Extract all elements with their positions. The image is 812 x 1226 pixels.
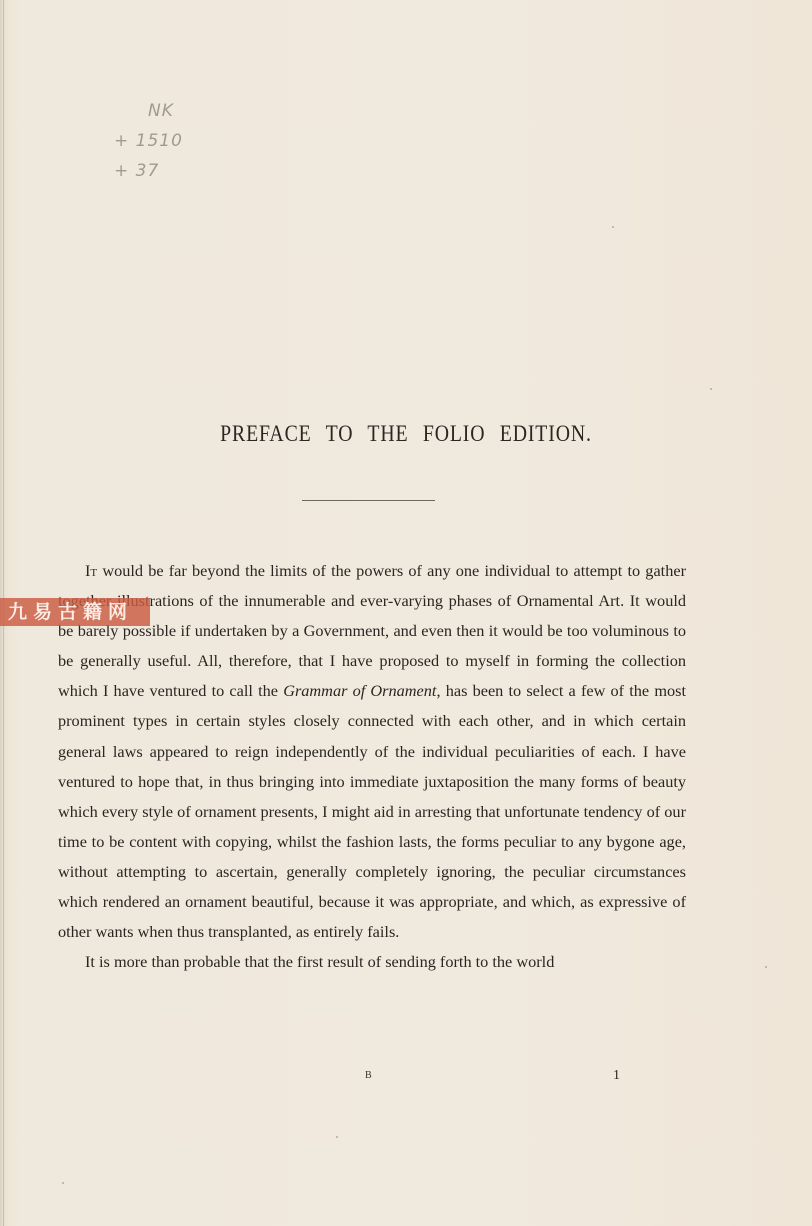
pencil-shelfmark-notes: NK + 1510 + 37 — [112, 96, 222, 186]
site-watermark-badge: 九易古籍网 — [0, 598, 150, 626]
book-title-italic: Grammar of Ornament — [283, 681, 436, 700]
paper-speck — [336, 1136, 338, 1138]
paragraph: It would be far beyond the limits of the… — [58, 556, 686, 947]
pencil-note-line: + 37 — [112, 156, 222, 186]
page-number: 1 — [613, 1068, 620, 1084]
title-divider-rule — [302, 500, 435, 501]
lead-smallcaps: It — [85, 561, 97, 580]
paper-speck — [62, 1182, 64, 1184]
paragraph-text: would be far beyond the limits of the po… — [58, 561, 686, 700]
paper-speck — [765, 966, 767, 968]
signature-mark: B — [365, 1070, 372, 1081]
scanned-page: NK + 1510 + 37 PREFACE TO THE FOLIO EDIT… — [0, 0, 812, 1226]
paragraph: It is more than probable that the first … — [58, 947, 686, 977]
page-title: PREFACE TO THE FOLIO EDITION. — [57, 421, 755, 447]
paper-speck — [612, 226, 614, 228]
pencil-note-line: NK — [112, 96, 222, 126]
body-text: It would be far beyond the limits of the… — [58, 556, 686, 977]
pencil-note-line: + 1510 — [112, 126, 222, 156]
paragraph-text: , has been to select a few of the most p… — [58, 681, 686, 941]
paper-speck — [710, 388, 712, 390]
